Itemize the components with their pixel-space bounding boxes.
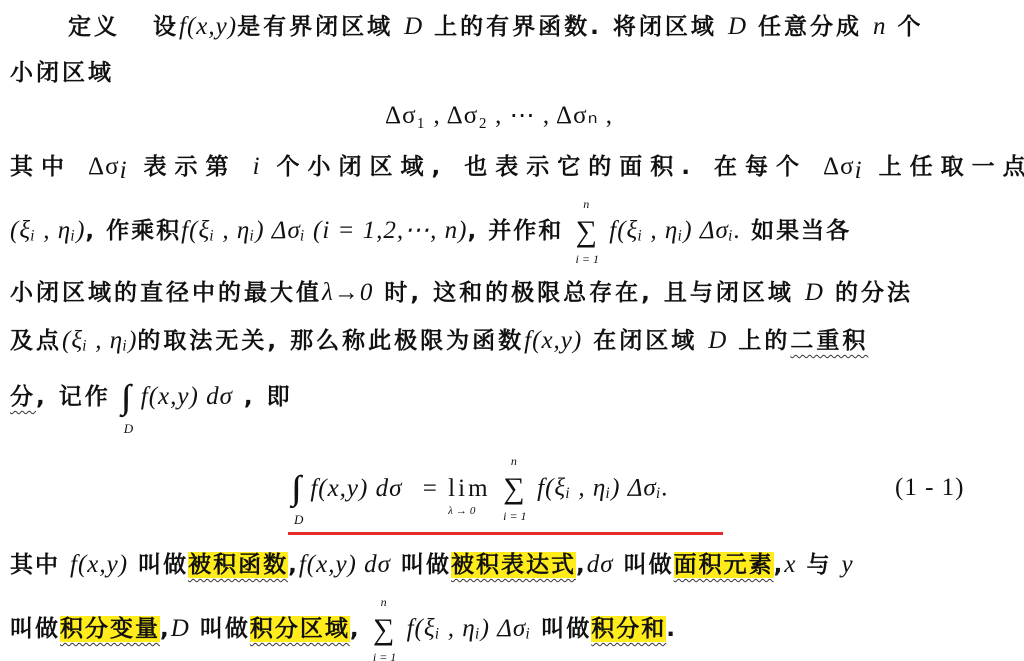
- equation-lhs: f(x,y) dσ: [310, 475, 402, 502]
- text: , 记作: [36, 384, 111, 410]
- formula-delta-sigmas: Δσ₁ , Δσ₂ , ⋯ , Δσₙ ,: [385, 100, 613, 130]
- definition-line-4: 其中 Δσi 表示第 i 个小闭区域, 也表示它的面积. 在每个 Δσi 上任取…: [10, 148, 1024, 185]
- math-integrand: f(x,y) dσ: [141, 383, 233, 410]
- text: 上的: [738, 328, 790, 354]
- term-integration-region: 积分区域: [250, 616, 350, 642]
- math-fxy: f(x,y): [70, 551, 128, 578]
- text: ,: [774, 552, 785, 578]
- text: 与: [806, 552, 831, 578]
- red-underline-annotation: [288, 532, 723, 535]
- text: , 作乘积: [85, 218, 181, 244]
- text: 小闭区域的直径中的最大值: [10, 280, 322, 306]
- text: 个小闭区域, 也表示它的面积. 在每个: [277, 154, 808, 180]
- term-integral-sum: 积分和: [591, 616, 666, 642]
- summation-symbol: ∑ni = 1: [371, 613, 397, 647]
- math-D: D: [404, 13, 423, 40]
- text: 上任取一点: [879, 154, 1024, 180]
- text: ,: [350, 616, 361, 642]
- text: 叫做: [10, 616, 60, 642]
- math-sum-body: f(ξᵢ , ηᵢ) Δσᵢ.: [609, 217, 741, 244]
- text: 时, 这和的极限总存在, 且与闭区域: [384, 280, 794, 306]
- text: 及点: [10, 328, 62, 354]
- definition-line-8: 分, 记作 ∫∫D f(x,y) dσ , 即: [10, 378, 293, 417]
- math-n: n: [873, 13, 887, 40]
- display-equation: ∫∫D f(x,y) dσ = limλ→0 ∑ni = 1 f(ξᵢ , ηᵢ…: [292, 470, 669, 508]
- equation-number: (1 - 1): [895, 474, 964, 502]
- math-y: y: [841, 551, 853, 578]
- definition-line-2: 小闭区域: [10, 54, 114, 87]
- summation-symbol: ∑ni = 1: [501, 472, 527, 506]
- term-area-element: 面积元素: [674, 552, 774, 578]
- text: 其中: [10, 552, 60, 578]
- math-product: f(ξᵢ , ηᵢ) Δσᵢ (i = 1,2,⋯, n): [181, 217, 467, 244]
- math-D: D: [728, 13, 747, 40]
- definition-line-1: 定义 设f(x,y)是有界闭区域 D 上的有界函数. 将闭区域 D 任意分成 n…: [68, 8, 924, 41]
- text: ,: [576, 552, 587, 578]
- text: 的分法: [835, 280, 913, 306]
- term-integration-variable: 积分变量: [60, 616, 160, 642]
- limit-operator: limλ→0: [448, 475, 490, 503]
- math-lambda-limit: λ→0: [322, 279, 373, 306]
- math-i: i: [253, 153, 261, 180]
- math-sum-body: f(ξᵢ , ηᵢ) Δσᵢ: [407, 615, 532, 642]
- text: 其中: [10, 154, 72, 180]
- math-x: x: [784, 551, 796, 578]
- definition-line-10: 叫做积分变量,D 叫做积分区域, ∑ni = 1 f(ξᵢ , ηᵢ) Δσᵢ …: [10, 610, 677, 647]
- text: 叫做: [138, 552, 188, 578]
- text: , 并作和: [467, 218, 563, 244]
- math-fxy-dsigma: f(x,y) dσ: [299, 551, 391, 578]
- text: 叫做: [624, 552, 674, 578]
- math-delta-sigma: Δσi: [88, 153, 128, 180]
- math-D: D: [708, 327, 727, 354]
- definition-line-9: 其中 f(x,y) 叫做被积函数,f(x,y) dσ 叫做被积表达式,dσ 叫做…: [10, 546, 854, 579]
- math-dsigma: dσ: [587, 551, 614, 578]
- definition-line-7: 及点(ξᵢ , ηᵢ)的取法无关, 那么称此极限为函数f(x,y) 在闭区域 D…: [10, 322, 868, 355]
- text: ,: [160, 616, 171, 642]
- text: 上的有界函数. 将闭区域: [434, 14, 717, 40]
- math-delta-sigma-list: Δσ₁ , Δσ₂ , ⋯ , Δσₙ ,: [385, 102, 613, 129]
- text: 小闭区域: [10, 60, 114, 86]
- equation-rhs: f(ξᵢ , ηᵢ) Δσᵢ.: [537, 475, 669, 502]
- equals-sign: =: [423, 475, 438, 502]
- text: 叫做: [541, 616, 591, 642]
- text: ,: [288, 552, 299, 578]
- summation-symbol: ∑ni = 1: [573, 215, 599, 249]
- term-double-integral: 二重积: [790, 328, 868, 354]
- term-double-integral-end: 分: [10, 384, 36, 410]
- text: 如果当各: [751, 218, 851, 244]
- text: 的取法无关, 那么称此极限为函数: [137, 328, 524, 354]
- definition-line-6: 小闭区域的直径中的最大值λ→0 时, 这和的极限总存在, 且与闭区域 D 的分法: [10, 274, 913, 307]
- text: 设: [153, 14, 179, 40]
- text: 在闭区域: [593, 328, 697, 354]
- math-point: (ξᵢ , ηᵢ): [62, 327, 137, 354]
- math-fxy: f(x,y): [524, 327, 582, 354]
- math-delta-sigma: Δσi: [823, 153, 863, 180]
- math-fxy: f(x,y): [179, 13, 237, 40]
- text: 表示第: [144, 154, 237, 180]
- term-integrand: 被积函数: [188, 552, 288, 578]
- text: , 即: [244, 384, 293, 410]
- math-D: D: [171, 615, 190, 642]
- text: 叫做: [200, 616, 250, 642]
- definition-line-5: (ξᵢ , ηᵢ), 作乘积f(ξᵢ , ηᵢ) Δσᵢ (i = 1,2,⋯,…: [10, 212, 851, 249]
- math-point: (ξᵢ , ηᵢ): [10, 217, 85, 244]
- text: 是有界闭区域: [237, 14, 393, 40]
- text: .: [666, 616, 677, 642]
- text: 叫做: [401, 552, 451, 578]
- math-D: D: [805, 279, 824, 306]
- text: 个: [898, 14, 924, 40]
- text: 任意分成: [758, 14, 862, 40]
- definition-label: 定义: [68, 14, 120, 40]
- term-integrand-expression: 被积表达式: [451, 552, 576, 578]
